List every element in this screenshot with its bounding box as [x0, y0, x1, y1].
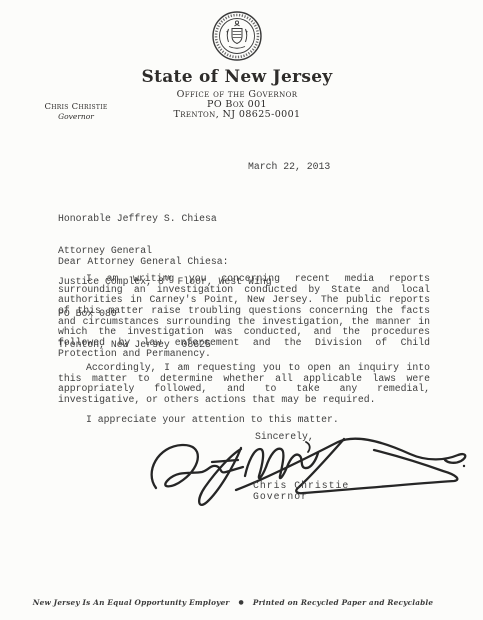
governor-name: Chris Christie [30, 103, 122, 112]
footer-left-text: New Jersey Is An Equal Opportunity Emplo… [33, 598, 230, 607]
footer: New Jersey Is An Equal Opportunity Emplo… [0, 598, 466, 607]
governor-name-block: Chris Christie Governor [30, 103, 122, 121]
recipient-title: Attorney General [58, 246, 272, 257]
footer-right-text: Printed on Recycled Paper and Recyclable [253, 598, 433, 607]
date-line: March 22, 2013 [248, 161, 330, 172]
state-name: State of New Jersey [0, 68, 474, 87]
signer-title: Governor [253, 492, 349, 503]
body-paragraph-2: Accordingly, I am requesting you to open… [58, 363, 430, 406]
signature [146, 436, 480, 518]
closing-line: I appreciate your attention to this matt… [58, 414, 430, 425]
recipient-name: Honorable Jeffrey S. Chiesa [58, 214, 272, 225]
body-paragraph-1: I am writing you concerning recent media… [58, 274, 430, 359]
salutation: Dear Attorney General Chiesa: [58, 256, 229, 267]
letter-page: State of New Jersey Office of the Govern… [0, 0, 483, 620]
signature-block: Chris Christie Governor [253, 481, 349, 503]
nj-state-seal-icon [211, 10, 263, 62]
governor-title: Governor [30, 112, 122, 121]
footer-bullet: ● [238, 599, 243, 606]
